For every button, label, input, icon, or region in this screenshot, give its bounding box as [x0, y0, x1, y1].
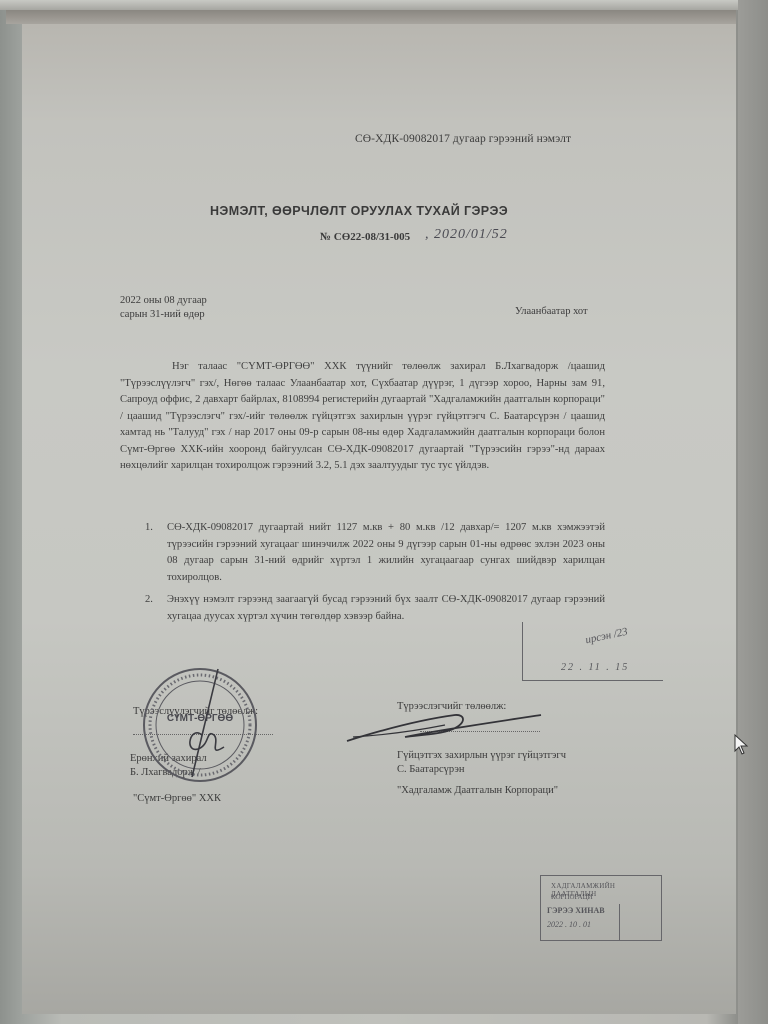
registry-stamp-label: ГЭРЭЭ ХИНАВ: [547, 906, 605, 915]
registry-stamp-date: 2022 . 10 . 01: [547, 920, 591, 929]
received-stamp-date: 22 . 11 . 15: [561, 662, 629, 673]
clause-item: 1. СӨ-ХДК-09082017 дугаартай нийт 1127 м…: [145, 520, 605, 586]
mouse-cursor-icon: [734, 734, 750, 756]
received-stamp: ирсэн /23 22 . 11 . 15: [522, 622, 663, 681]
registry-stamp: ХАДГАЛАМЖИЙН ДААТГАЛЫН КОРПОРАЦИ ГЭРЭЭ Х…: [540, 875, 662, 941]
document-title: НЭМЭЛТ, ӨӨРЧЛӨЛТ ОРУУЛАХ ТУХАЙ ГЭРЭЭ: [210, 204, 508, 218]
intro-paragraph: Нэг талаас "СҮМТ-ӨРГӨӨ" ХХК түүнийг төлө…: [120, 359, 605, 475]
document-date: 2022 оны 08 дугаар сарын 31-ний өдөр: [120, 294, 207, 322]
clause-text: СӨ-ХДК-09082017 дугаартай нийт 1127 м.кв…: [167, 522, 605, 583]
handwritten-number: , 2020/01/52: [425, 227, 508, 243]
registry-stamp-org-2: КОРПОРАЦИ: [551, 893, 593, 901]
clause-item: 2. Энэхүү нэмэлт гэрээнд заагаагүй бусад…: [145, 592, 605, 625]
lessee-signatory: Гүйцэтгэх захирлын үүрэг гүйцэтгэгч С. Б…: [397, 749, 566, 777]
reference-header: СӨ-ХДК-09082017 дугаар гэрээний нэмэлт: [355, 133, 571, 145]
lessee-signature-icon: [345, 705, 545, 745]
clause-list: 1. СӨ-ХДК-09082017 дугаартай нийт 1127 м…: [145, 520, 605, 631]
document-number: № СӨ22-08/31-005: [320, 231, 410, 243]
company-seal-icon: СҮМТ-ӨРГӨӨ: [140, 665, 260, 785]
clause-text: Энэхүү нэмэлт гэрээнд заагаагүй бусад гэ…: [167, 594, 605, 622]
svg-text:СҮМТ-ӨРГӨӨ: СҮМТ-ӨРГӨӨ: [167, 713, 233, 724]
document: СӨ-ХДК-09082017 дугаар гэрээний нэмэлт Н…: [0, 0, 768, 1024]
lessee-name: С. Баатарсүрэн: [397, 763, 566, 777]
document-city: Улаанбаатар хот: [515, 306, 588, 317]
lessor-company: "Сүмт-Өргөө" ХХК: [133, 793, 221, 804]
clause-number: 1.: [145, 520, 153, 537]
date-line-1: 2022 оны 08 дугаар: [120, 294, 207, 308]
received-stamp-note: ирсэн /23: [584, 626, 629, 647]
lessee-company: "Хадгаламж Даатгалын Корпораци": [397, 785, 558, 796]
date-line-2: сарын 31-ний өдөр: [120, 308, 207, 322]
clause-number: 2.: [145, 592, 153, 609]
lessee-position: Гүйцэтгэх захирлын үүрэг гүйцэтгэгч: [397, 749, 566, 763]
registry-stamp-divider: [619, 904, 620, 940]
